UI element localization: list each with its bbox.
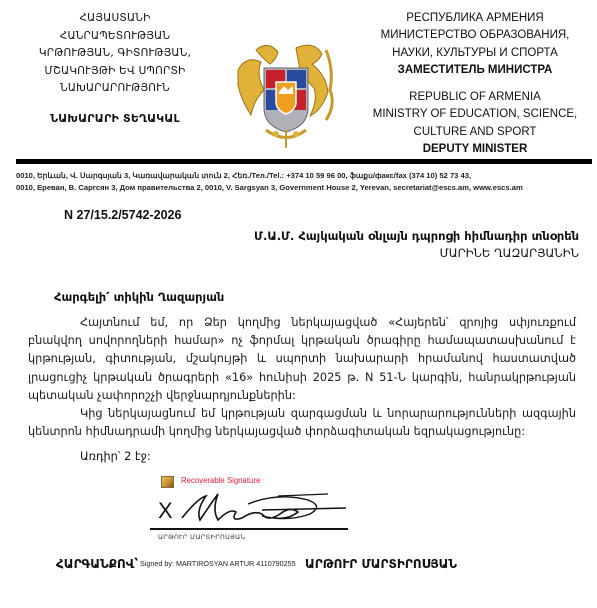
letterhead-title-russian: ЗАМЕСТИТЕЛЬ МИНИСТРА [360,62,590,79]
contact-info: 0010, Երևան, Վ. Սարգսյան 3, Կառավարական … [16,170,596,193]
letterhead-line: ՄՇԱԿՈՒՅԹԻ ԵՎ ՍՊՈՐՏԻ [0,63,230,81]
addressee: Մ.Ա.Մ. Հայկական օնլայն դպրոցի հիմնադիր տ… [254,228,579,262]
salutation: Հարգելի՛ տիկին Ղազարյան [54,290,224,304]
letterhead-line: НАУКИ, КУЛЬТУРЫ И СПОРТА [360,45,590,62]
attachment-note: Առդիր՝ 2 էջ: [80,450,151,463]
body-paragraph: Կից ներկայացնում եմ կրթության զարգացման … [28,405,576,441]
letterhead-line: CULTURE AND SPORT [360,124,590,141]
letterhead-russian-english: РЕСПУБЛИКА АРМЕНИЯ МИНИСТЕРСТВО ОБРАЗОВА… [360,10,590,158]
recoverable-signature-label[interactable]: Recoverable Signature [181,476,260,485]
signer-caption: ԱՐԹՈՒՐ ՄԱՐՏԻՐՈՍՅԱՆ [158,533,246,541]
signature-mark: X [158,498,173,524]
signature-line [150,528,348,530]
letterhead-title-armenian: ՆԱԽԱՐԱՐԻ ՏԵՂԱԿԱԼ [0,110,230,128]
signature-image-icon[interactable] [161,476,174,488]
letterhead-line: ՆԱԽԱՐԱՐՈՒԹՅՈՒՆ [0,80,230,98]
addressee-organization: Մ.Ա.Մ. Հայկական օնլայն դպրոցի հիմնադիր տ… [254,228,579,245]
addressee-name: ՄԱՐԻՆԵ ՂԱԶԱՐՅԱՆԻՆ [254,245,579,262]
letterhead-line: ՀԱՅԱՍՏԱՆԻ [0,10,230,28]
closing-phrase: ՀԱՐԳԱՆՔՈՎ՝ [56,557,138,571]
document-number: N 27/15.2/5742-2026 [64,208,181,222]
signer-name: ԱՐԹՈՒՐ ՄԱՐՏԻՐՈՍՅԱՆ [305,557,457,571]
letterhead-line: MINISTRY OF EDUCATION, SCIENCE, [360,106,590,123]
letterhead-armenian: ՀԱՅԱՍՏԱՆԻ ՀԱՆՐԱՊԵՏՈՒԹՅԱՆ ԿՐԹՈՒԹՅԱՆ, ԳԻՏՈ… [0,10,230,127]
letter-body: Հայտնում եմ, որ Ձեր կողմից ներկայացված «… [28,314,576,441]
letterhead-line: ՀԱՆՐԱՊԵՏՈՒԹՅԱՆ [0,28,230,46]
letterhead-title-english: DEPUTY MINISTER [360,141,590,158]
digital-signature-info: Signed by: MARTIROSYAN ARTUR 4110790255 [140,559,296,568]
contact-line-1: 0010, Երևան, Վ. Սարգսյան 3, Կառավարական … [16,170,596,182]
contact-line-2: 0010, Ереван, В. Саргсян 3, Дом правител… [16,182,596,194]
body-paragraph: Հայտնում եմ, որ Ձեր կողմից ներկայացված «… [28,314,576,405]
coat-of-arms-icon [226,30,346,150]
letterhead-line: МИНИСТЕРСТВО ОБРАЗОВАНИЯ, [360,27,590,44]
letterhead-line: РЕСПУБЛИКА АРМЕНИЯ [360,10,590,27]
handwritten-signature-icon [178,488,348,528]
letterhead-line: ԿՐԹՈՒԹՅԱՆ, ԳԻՏՈՒԹՅԱՆ, [0,45,230,63]
letterhead-line: REPUBLIC OF ARMENIA [360,89,590,106]
header-divider [16,159,592,164]
